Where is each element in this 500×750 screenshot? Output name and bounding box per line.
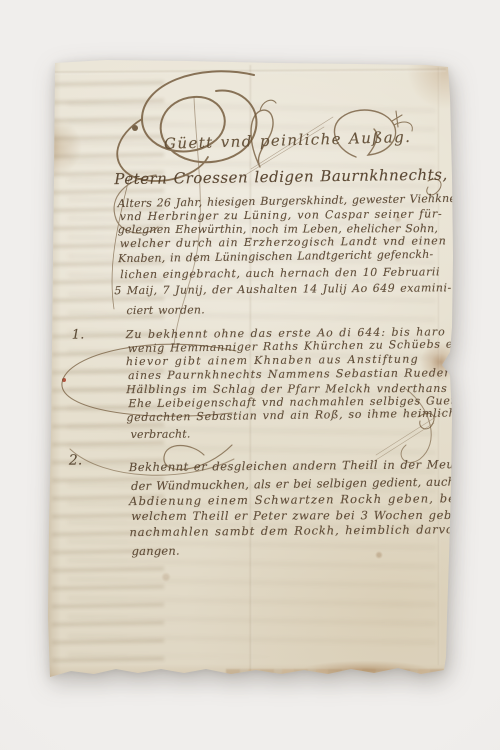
manuscript-line: gangen.	[132, 545, 180, 557]
manuscript-line: lichen eingebracht, auch hernach den 10 …	[120, 266, 440, 281]
manuscript-opening-line: Petern Croessen ledigen Baurnkhnechts, s…	[114, 168, 500, 185]
manuscript-line: nachmahlen sambt dem Rockh, heimblich da…	[129, 523, 462, 538]
item-marker-1: 1.	[72, 329, 85, 341]
manuscript-line: der Wündmuckhen, als er bei selbigen ged…	[131, 475, 500, 492]
manuscript-line: gedachten Sebastian vnd ain Roß, so ihme…	[126, 407, 456, 424]
manuscript-line: aines Paurnkhnechts Nammens Sebastian Ru…	[128, 367, 458, 382]
photograph-background: Güett vnd peinliche Außag. Petern Croess…	[0, 0, 500, 750]
manuscript-line: hievor gibt ainem Khnaben aus Anstiftung	[126, 354, 419, 369]
manuscript-line: Bekhennt er desgleichen andern Theill in…	[129, 458, 500, 473]
manuscript-line: vnd Herbringer zu Lüning, von Caspar sei…	[120, 208, 443, 223]
manuscript-line: welchem Theill er Peter zware bei 3 Woch…	[131, 509, 495, 522]
manuscript-line: ciert worden.	[126, 304, 205, 317]
manuscript-page: Güett vnd peinliche Außag. Petern Croess…	[46, 57, 456, 681]
manuscript-line: Abdienung einem Schwartzen Rockh geben, …	[129, 492, 461, 507]
item-marker-2: 2.	[69, 454, 83, 466]
handwritten-text-layer: Güett vnd peinliche Außag. Petern Croess…	[43, 55, 458, 683]
manuscript-line: Knaben, in dem Lüningischen Landtgericht…	[118, 249, 434, 265]
manuscript-line: verbracht.	[131, 429, 191, 442]
manuscript-line: 5 Maij, 7 Junij, der Aushalten 14 Julij …	[114, 282, 452, 297]
paper-sheet: Güett vnd peinliche Außag. Petern Croess…	[46, 57, 456, 681]
document-heading: Güett vnd peinliche Außag.	[164, 131, 412, 150]
